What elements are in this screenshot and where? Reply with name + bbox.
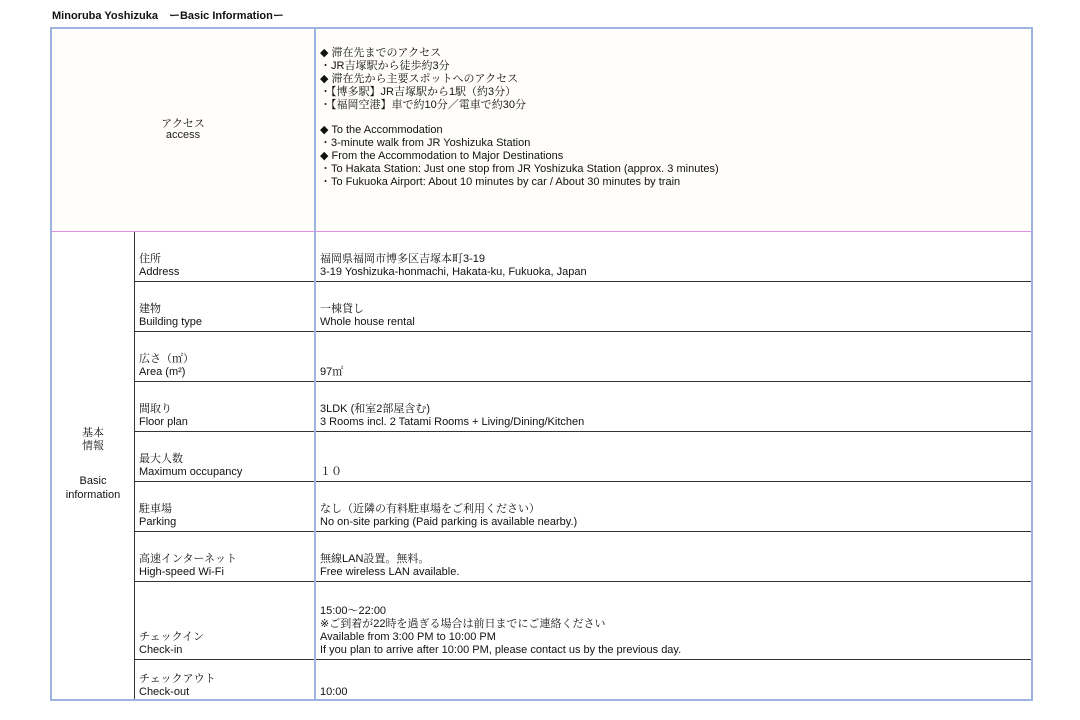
row-value: 無線LAN設置。無料。 (320, 553, 1020, 566)
access-line: ・To Hakata Station: Just one stop from J… (320, 163, 719, 176)
access-line: ◆ To the Accommodation (320, 124, 719, 137)
row-label-en: Check-out (139, 686, 309, 699)
access-label: アクセス access (52, 29, 314, 231)
row-value: 3 Rooms incl. 2 Tatami Rooms + Living/Di… (320, 416, 1020, 429)
row-label-jp: 建物 (139, 303, 309, 316)
table-row-max-occupancy: 最大人数Maximum occupancy １０ (135, 432, 1031, 482)
row-value: 10:00 (320, 686, 1020, 699)
access-content: ◆ 滞在先までのアクセス ・JR吉塚駅から徒歩約3分 ◆ 滞在先から主要スポット… (320, 47, 719, 189)
column-divider-blue (314, 29, 316, 699)
row-value: 3-19 Yoshizuka-honmachi, Hakata-ku, Fuku… (320, 266, 1020, 279)
table-row-floor-plan: 間取りFloor plan 3LDK (和室2部屋含む)3 Rooms incl… (135, 382, 1031, 432)
basic-info-table: アクセス access ◆ 滞在先までのアクセス ・JR吉塚駅から徒歩約3分 ◆… (50, 27, 1033, 701)
access-row: アクセス access ◆ 滞在先までのアクセス ・JR吉塚駅から徒歩約3分 ◆… (52, 29, 1031, 232)
table-row-address: 住所Address 福岡県福岡市博多区吉塚本町3-193-19 Yoshizuk… (135, 232, 1031, 282)
row-value: 97㎡ (320, 366, 1020, 379)
row-value: ※ご到着が22時を過ぎる場合は前日までにご連絡ください (320, 618, 1020, 631)
row-value: Free wireless LAN available. (320, 566, 1020, 579)
spacer (320, 112, 719, 124)
access-line: ・3-minute walk from JR Yoshizuka Station (320, 137, 719, 150)
row-value: If you plan to arrive after 10:00 PM, pl… (320, 644, 1020, 657)
row-label-en: Floor plan (139, 416, 309, 429)
basic-info-section: 基本 情報 Basic information 住所Address 福岡県福岡市… (52, 232, 1031, 699)
row-value: Whole house rental (320, 316, 1020, 329)
row-label-jp: 間取り (139, 403, 309, 416)
access-line: ・To Fukuoka Airport: About 10 minutes by… (320, 176, 719, 189)
table-row-wifi: 高速インターネットHigh-speed Wi-Fi 無線LAN設置。無料。Fre… (135, 532, 1031, 582)
table-row-area: 広さ（㎡）Area (m²) 97㎡ (135, 332, 1031, 382)
table-row-check-in: チェックインCheck-in 15:00〜22:00※ご到着が22時を過ぎる場合… (135, 582, 1031, 660)
basic-label-en-1: Basic (52, 474, 134, 488)
basic-label-en-2: information (52, 488, 134, 502)
basic-label-jp-1: 基本 (52, 427, 134, 440)
access-line: ・【博多駅】JR吉塚駅から1駅（約3分） (320, 86, 719, 99)
access-line: ◆ 滞在先から主要スポットへのアクセス (320, 73, 719, 86)
access-line: ・JR吉塚駅から徒歩約3分 (320, 60, 719, 73)
row-label-jp: 住所 (139, 253, 309, 266)
row-value: １０ (320, 466, 1020, 479)
row-label-en: Area (m²) (139, 366, 309, 379)
row-label-jp: チェックイン (139, 631, 309, 644)
access-line: ◆ 滞在先までのアクセス (320, 47, 719, 60)
table-row-check-out: チェックアウトCheck-out 10:00 (135, 660, 1031, 701)
row-label-jp: 最大人数 (139, 453, 309, 466)
access-line: ・【福岡空港】車で約10分／電車で約30分 (320, 99, 719, 112)
basic-info-label: 基本 情報 Basic information (52, 232, 134, 699)
row-value: Available from 3:00 PM to 10:00 PM (320, 631, 1020, 644)
row-label-en: Address (139, 266, 309, 279)
row-value: No on-site parking (Paid parking is avai… (320, 516, 1020, 529)
row-label-jp: 高速インターネット (139, 553, 309, 566)
row-value: 15:00〜22:00 (320, 605, 1020, 618)
access-line: ◆ From the Accommodation to Major Destin… (320, 150, 719, 163)
row-label-en: Check-in (139, 644, 309, 657)
row-value: 福岡県福岡市博多区吉塚本町3-19 (320, 253, 1020, 266)
row-value: なし（近隣の有料駐車場をご利用ください） (320, 503, 1020, 516)
row-label-jp: チェックアウト (139, 673, 309, 686)
row-value: 3LDK (和室2部屋含む) (320, 403, 1020, 416)
row-label-en: High-speed Wi-Fi (139, 566, 309, 579)
page-title: Minoruba Yoshizuka ーBasic Informationー (52, 7, 284, 23)
table-row-parking: 駐車場Parking なし（近隣の有料駐車場をご利用ください）No on-sit… (135, 482, 1031, 532)
table-row-building-type: 建物Building type 一棟貸しWhole house rental (135, 282, 1031, 332)
row-label-en: Parking (139, 516, 309, 529)
row-label-en: Maximum occupancy (139, 466, 309, 479)
row-label-jp: 駐車場 (139, 503, 309, 516)
row-value: 一棟貸し (320, 303, 1020, 316)
access-label-en: access (52, 129, 314, 141)
row-label-en: Building type (139, 316, 309, 329)
basic-label-jp-2: 情報 (52, 440, 134, 453)
row-label-jp: 広さ（㎡） (139, 353, 309, 366)
